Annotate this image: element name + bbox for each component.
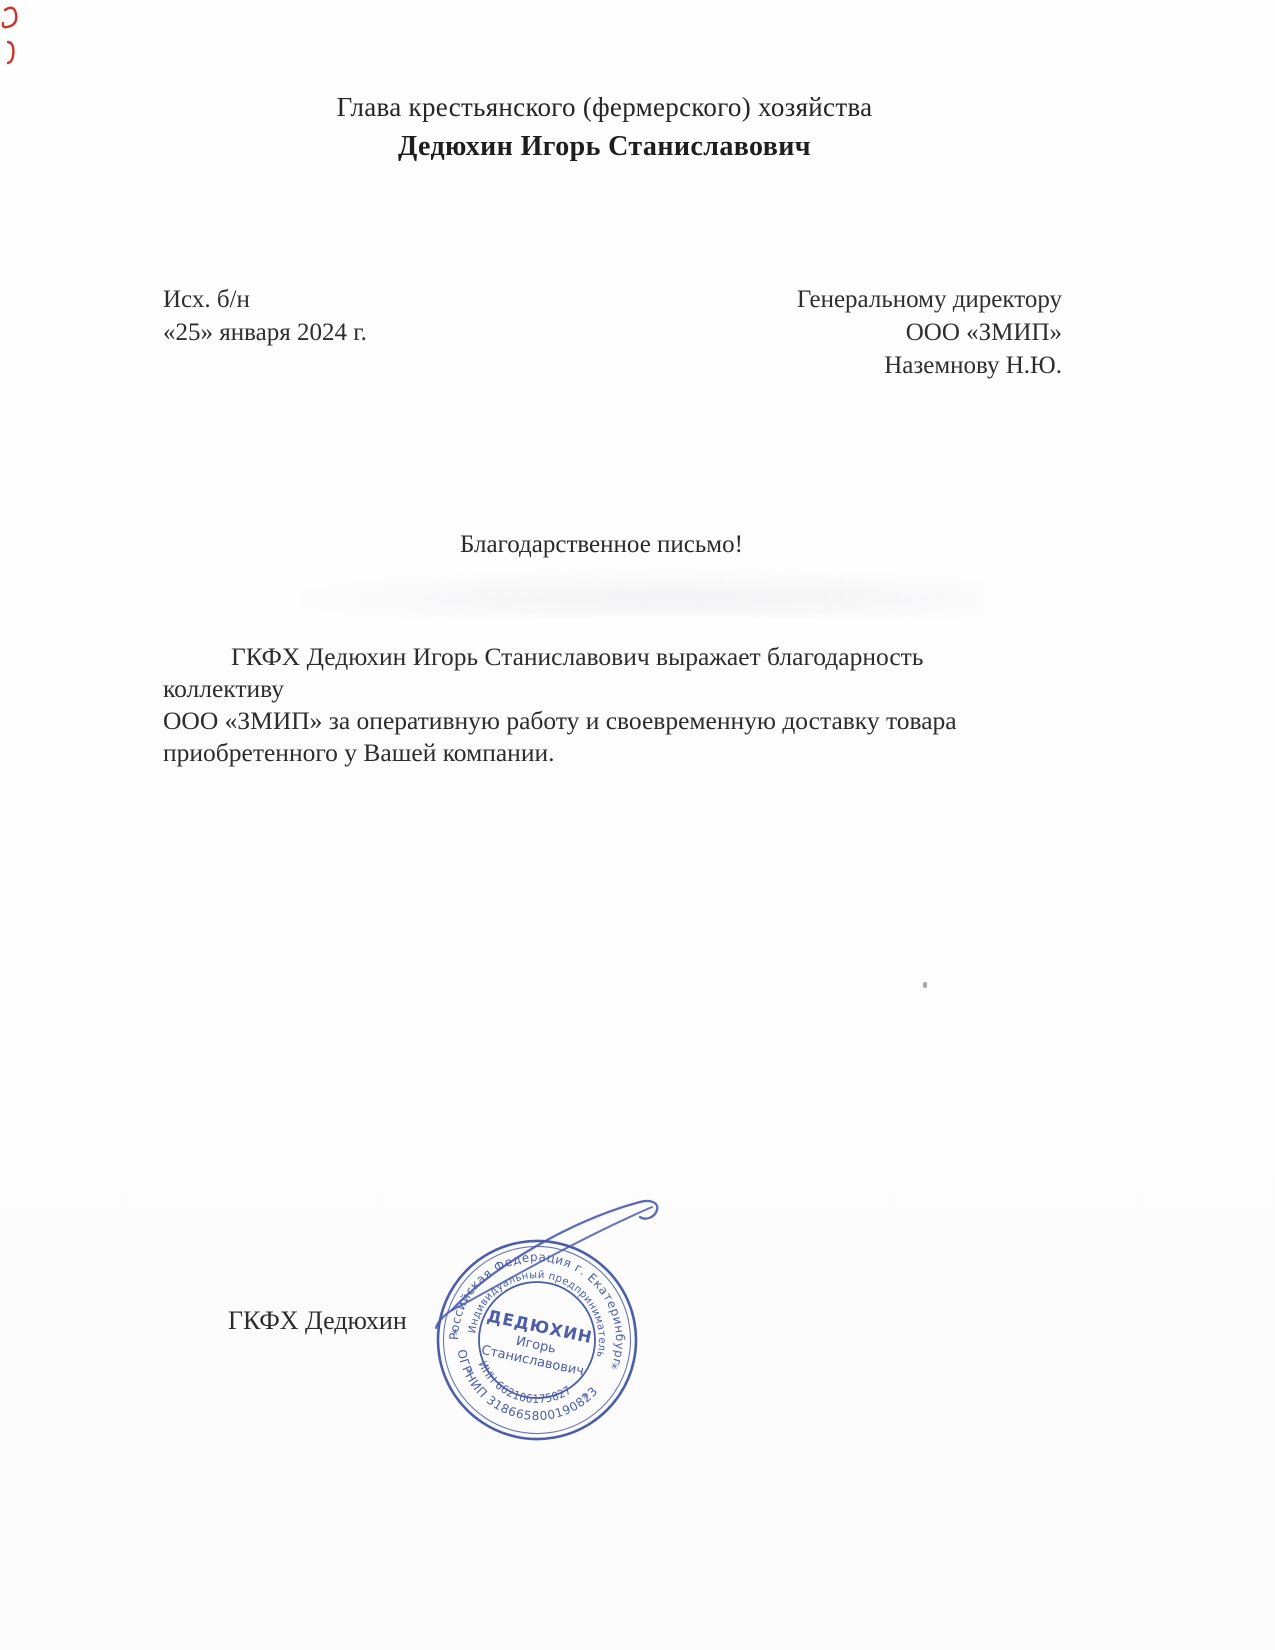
recipient-block: Генеральному директору ООО «ЗМИП» Наземн… [797,283,1062,382]
body-paragraph: ГКФХ Дедюхин Игорь Станиславович выражае… [163,641,1023,769]
scan-speck [923,982,927,988]
letterhead: Глава крестьянского (фермерского) хозяйс… [0,92,1242,163]
ref-date: «25» января 2024 г. [163,316,367,349]
letterhead-line2: Дедюхин Игорь Станиславович [0,131,1242,163]
recipient-company: ООО «ЗМИП» [797,316,1062,349]
body-line: ООО «ЗМИП» за оперативную работу и своев… [163,705,1023,737]
scan-artifact-red-marks [0,2,28,72]
letterhead-line1: Глава крестьянского (фермерского) хозяйс… [0,92,1242,123]
recipient-position: Генеральному директору [797,283,1062,316]
body-line: приобретенного у Вашей компании. [163,737,1023,769]
handwritten-signature [410,1180,690,1360]
document-title: Благодарственное письмо! [0,531,1239,559]
ref-number: Исх. б/н [163,283,367,316]
signature-label: ГКФХ Дедюхин [228,1306,407,1336]
scan-smudge [300,572,980,616]
scanned-letter-page: Глава крестьянского (фермерского) хозяйс… [0,0,1275,1650]
body-line: ГКФХ Дедюхин Игорь Станиславович выражае… [163,641,1023,705]
stamp-star-icon: ✳ [609,1361,619,1374]
ref-block: Исх. б/н «25» января 2024 г. [163,283,367,349]
recipient-name: Наземнову Н.Ю. [797,349,1062,382]
